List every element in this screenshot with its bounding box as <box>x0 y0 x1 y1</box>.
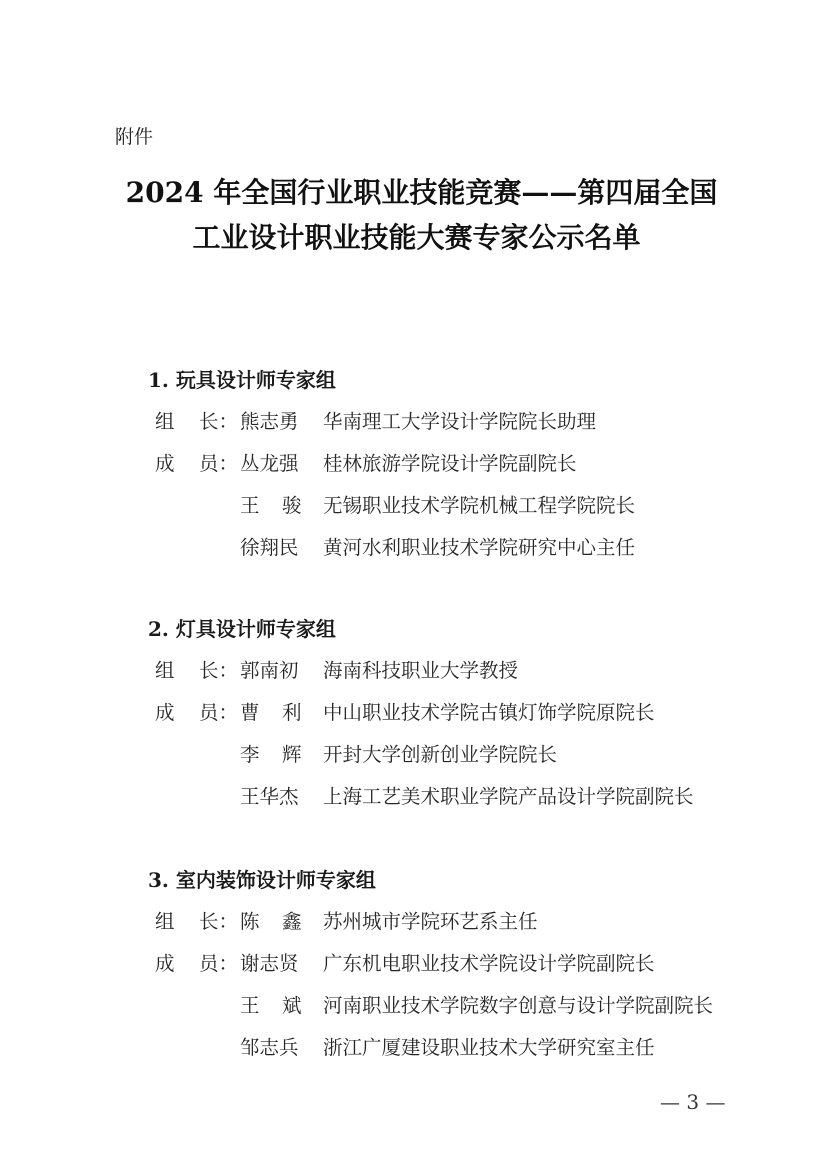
section-heading: 3. 室内装饰设计师专家组 <box>148 859 770 901</box>
expert-group-lighting-designer: 2. 灯具设计师专家组 组长： 郭南初 海南科技职业大学教授 成员： 曹利 中山… <box>150 608 770 818</box>
member-affiliation: 苏州城市学院环艺系主任 <box>323 901 538 943</box>
member-name: 曹利 <box>240 692 320 734</box>
member-affiliation: 上海工艺美术职业学院产品设计学院副院长 <box>323 776 694 818</box>
member-row: 李辉 开封大学创新创业学院院长 <box>150 734 770 776</box>
member-affiliation: 桂林旅游学院设计学院副院长 <box>323 443 577 485</box>
member-row: 组长： 陈鑫 苏州城市学院环艺系主任 <box>150 901 770 943</box>
member-name: 王华杰 <box>240 776 320 818</box>
section-heading: 1. 玩具设计师专家组 <box>148 359 770 401</box>
member-affiliation: 河南职业技术学院数字创意与设计学院副院长 <box>323 985 713 1027</box>
member-affiliation: 海南科技职业大学教授 <box>323 650 518 692</box>
expert-group-interior-decoration-designer: 3. 室内装饰设计师专家组 组长： 陈鑫 苏州城市学院环艺系主任 成员： 谢志贤… <box>150 859 770 1069</box>
member-name: 邹志兵 <box>240 1027 320 1069</box>
member-affiliation: 广东机电职业技术学院设计学院副院长 <box>323 943 655 985</box>
member-name: 郭南初 <box>240 650 320 692</box>
expert-group-toy-designer: 1. 玩具设计师专家组 组长： 熊志勇 华南理工大学设计学院院长助理 成员： 丛… <box>150 359 770 569</box>
member-affiliation: 开封大学创新创业学院院长 <box>323 734 557 776</box>
member-name: 王斌 <box>240 985 320 1027</box>
member-row: 组长： 熊志勇 华南理工大学设计学院院长助理 <box>150 401 770 443</box>
member-row: 王骏 无锡职业技术学院机械工程学院院长 <box>150 485 770 527</box>
document-title-line-1: 2024 年全国行业职业技能竞赛——第四届全国 <box>8 171 827 215</box>
member-row: 邹志兵 浙江广厦建设职业技术大学研究室主任 <box>150 1027 770 1069</box>
member-name: 李辉 <box>240 734 320 776</box>
member-name: 丛龙强 <box>240 443 320 485</box>
role-label: 成员： <box>155 443 240 485</box>
member-name: 王骏 <box>240 485 320 527</box>
member-row: 成员： 谢志贤 广东机电职业技术学院设计学院副院长 <box>150 943 770 985</box>
member-row: 组长： 郭南初 海南科技职业大学教授 <box>150 650 770 692</box>
member-row: 成员： 曹利 中山职业技术学院古镇灯饰学院原院长 <box>150 692 770 734</box>
attachment-label: 附件 <box>115 122 153 149</box>
role-label: 组长： <box>155 901 240 943</box>
role-label: 成员： <box>155 943 240 985</box>
member-name: 谢志贤 <box>240 943 320 985</box>
member-row: 徐翔民 黄河水利职业技术学院研究中心主任 <box>150 527 770 569</box>
member-name: 陈鑫 <box>240 901 320 943</box>
member-name: 熊志勇 <box>240 401 320 443</box>
document-title-line-2: 工业设计职业技能大赛专家公示名单 <box>3 216 827 260</box>
member-affiliation: 中山职业技术学院古镇灯饰学院原院长 <box>323 692 655 734</box>
member-row: 王华杰 上海工艺美术职业学院产品设计学院副院长 <box>150 776 770 818</box>
page-number: — 3 — <box>660 1090 725 1114</box>
member-affiliation: 黄河水利职业技术学院研究中心主任 <box>323 527 635 569</box>
member-name: 徐翔民 <box>240 527 320 569</box>
member-row: 王斌 河南职业技术学院数字创意与设计学院副院长 <box>150 985 770 1027</box>
section-heading: 2. 灯具设计师专家组 <box>148 608 770 650</box>
member-affiliation: 浙江广厦建设职业技术大学研究室主任 <box>323 1027 655 1069</box>
role-label: 组长： <box>155 650 240 692</box>
member-row: 成员： 丛龙强 桂林旅游学院设计学院副院长 <box>150 443 770 485</box>
role-label: 组长： <box>155 401 240 443</box>
member-affiliation: 华南理工大学设计学院院长助理 <box>323 401 596 443</box>
role-label: 成员： <box>155 692 240 734</box>
member-affiliation: 无锡职业技术学院机械工程学院院长 <box>323 485 635 527</box>
